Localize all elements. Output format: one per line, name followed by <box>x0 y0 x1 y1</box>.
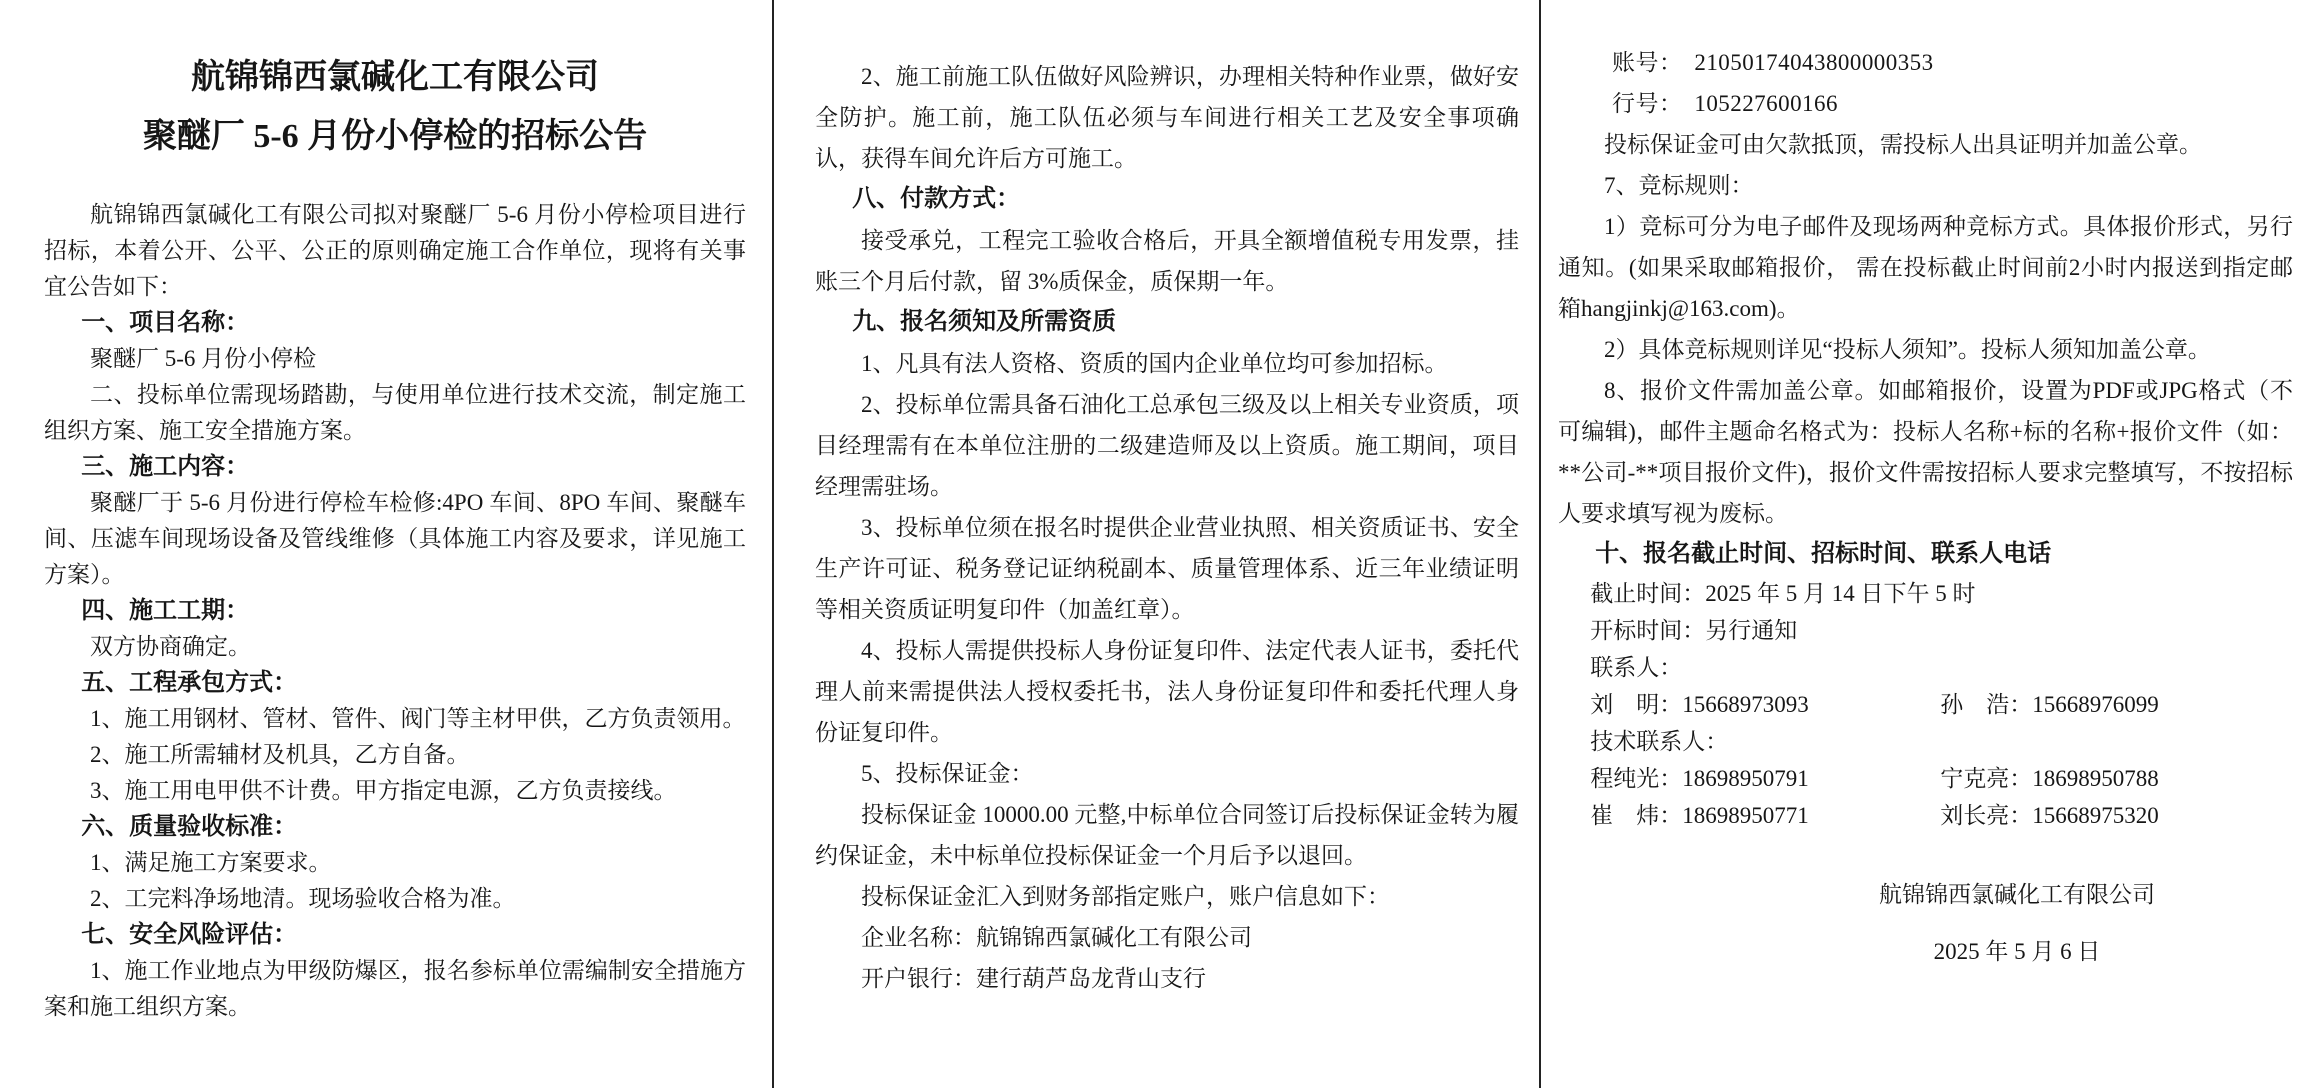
contact-row: 程纯光：18698950791宁克亮：18698950788 <box>1558 760 2293 797</box>
paragraph: 投标保证金可由欠款抵顶，需投标人出具证明并加盖公章。 <box>1558 124 2293 165</box>
paragraph: 二、投标单位需现场踏勘，与使用单位进行技术交流，制定施工组织方案、施工安全措施方… <box>44 377 746 449</box>
page-3: 账号： 21050174043800000353行号： 105227600166… <box>1542 0 2309 1088</box>
page-2: 2、施工前施工队伍做好风险辨识，办理相关特种作业票，做好安全防护。施工前，施工队… <box>775 0 1539 1088</box>
paragraph: 聚醚厂于 5-6 月份进行停检车检修:4PO 车间、8PO 车间、聚醚车间、压滤… <box>44 485 746 593</box>
paragraph: 3、施工用电甲供不计费。甲方指定电源，乙方负责接线。 <box>44 773 746 809</box>
section-heading: 三、施工内容： <box>44 449 746 485</box>
contact-row: 刘 明：15668973093孙 浩：15668976099 <box>1558 686 2293 723</box>
contact-line: 开标时间：另行通知 <box>1558 612 2293 649</box>
paragraph: 1）竞标可分为电子邮件及现场两种竞标方式。具体报价形式，另行通知。(如果采取邮箱… <box>1558 206 2293 329</box>
paragraph: 4、投标人需提供投标人身份证复印件、法定代表人证书，委托代理人前来需提供法人授权… <box>815 630 1519 753</box>
paragraph: 3、投标单位须在报名时提供企业营业执照、相关资质证书、安全生产许可证、税务登记证… <box>815 507 1519 630</box>
section-heading: 一、项目名称： <box>44 305 746 341</box>
contact-name-phone: 宁克亮：18698950788 <box>1940 760 2293 797</box>
contact-name-phone: 程纯光：18698950791 <box>1558 760 1940 797</box>
paragraph: 2）具体竞标规则详见“投标人须知”。投标人须知加盖公章。 <box>1558 329 2293 370</box>
paragraph: 1、满足施工方案要求。 <box>44 845 746 881</box>
section-heading: 十、报名截止时间、招标时间、联系人电话 <box>1558 534 2293 575</box>
signature-date: 2025 年 5 月 6 日 <box>1879 923 2155 980</box>
section-heading: 八、付款方式： <box>815 179 1519 220</box>
paragraph: 1、凡具有法人资格、资质的国内企业单位均可参加招标。 <box>815 343 1519 384</box>
doc-title-line: 聚醚厂 5-6 月份小停检的招标公告 <box>44 107 746 166</box>
contact-name-phone: 刘 明：15668973093 <box>1558 686 1940 723</box>
paragraph: 7、竞标规则： <box>1558 165 2293 206</box>
paragraph: 1、施工用钢材、管材、管件、阀门等主材甲供，乙方负责领用。 <box>44 701 746 737</box>
section-heading: 九、报名须知及所需资质 <box>815 302 1519 343</box>
paragraph: 2、工完料净场地清。现场验收合格为准。 <box>44 881 746 917</box>
contact-row: 崔 炜：18698950771刘长亮：15668975320 <box>1558 797 2293 834</box>
signature-inner: 航锦锦西氯碱化工有限公司2025 年 5 月 6 日 <box>1879 866 2155 980</box>
paragraph: 2、投标单位需具备石油化工总承包三级及以上相关专业资质，项目经理需有在本单位注册… <box>815 384 1519 507</box>
paragraph: 聚醚厂 5-6 月份小停检 <box>44 341 746 377</box>
paragraph: 接受承兑，工程完工验收合格后，开具全额增值税专用发票，挂账三个月后付款，留 3%… <box>815 220 1519 302</box>
signature-company: 航锦锦西氯碱化工有限公司 <box>1879 866 2155 923</box>
contact-line: 截止时间：2025 年 5 月 14 日下午 5 时 <box>1558 575 2293 612</box>
paragraph: 8、报价文件需加盖公章。如邮箱报价，设置为PDF或JPG格式（不可编辑)，邮件主… <box>1558 370 2293 534</box>
page-divider-2 <box>1539 0 1541 1088</box>
contact-name-phone: 刘长亮：15668975320 <box>1940 797 2293 834</box>
paragraph: 航锦锦西氯碱化工有限公司拟对聚醚厂 5-6 月份小停检项目进行招标，本着公开、公… <box>44 197 746 305</box>
paragraph: 2、施工所需辅材及机具，乙方自备。 <box>44 737 746 773</box>
page-1: 航锦锦西氯碱化工有限公司聚醚厂 5-6 月份小停检的招标公告航锦锦西氯碱化工有限… <box>0 0 772 1088</box>
account-line: 行号： 105227600166 <box>1558 83 2293 124</box>
contact-name-phone: 崔 炜：18698950771 <box>1558 797 1940 834</box>
contact-name-phone: 孙 浩：15668976099 <box>1940 686 2293 723</box>
paragraph: 企业名称：航锦锦西氯碱化工有限公司 <box>815 917 1519 958</box>
paragraph: 2、施工前施工队伍做好风险辨识，办理相关特种作业票，做好安全防护。施工前，施工队… <box>815 56 1519 179</box>
paragraph: 5、投标保证金： <box>815 753 1519 794</box>
paragraph: 1、施工作业地点为甲级防爆区，报名参标单位需编制安全措施方案和施工组织方案。 <box>44 953 746 1025</box>
contact-line: 技术联系人： <box>1558 723 2293 760</box>
paragraph: 投标保证金 10000.00 元整,中标单位合同签订后投标保证金转为履约保证金，… <box>815 794 1519 876</box>
signature-block: 航锦锦西氯碱化工有限公司2025 年 5 月 6 日 <box>1558 866 2293 980</box>
paragraph: 开户银行：建行葫芦岛龙背山支行 <box>815 958 1519 999</box>
account-line: 账号： 21050174043800000353 <box>1558 42 2293 83</box>
paragraph: 双方协商确定。 <box>44 629 746 665</box>
page-divider-1 <box>772 0 774 1088</box>
section-heading: 四、施工工期： <box>44 593 746 629</box>
contact-line: 联系人： <box>1558 649 2293 686</box>
section-heading: 五、工程承包方式： <box>44 665 746 701</box>
paragraph: 投标保证金汇入到财务部指定账户，账户信息如下： <box>815 876 1519 917</box>
section-heading: 七、安全风险评估： <box>44 917 746 953</box>
doc-title-line: 航锦锦西氯碱化工有限公司 <box>44 48 746 107</box>
section-heading: 六、质量验收标准： <box>44 809 746 845</box>
